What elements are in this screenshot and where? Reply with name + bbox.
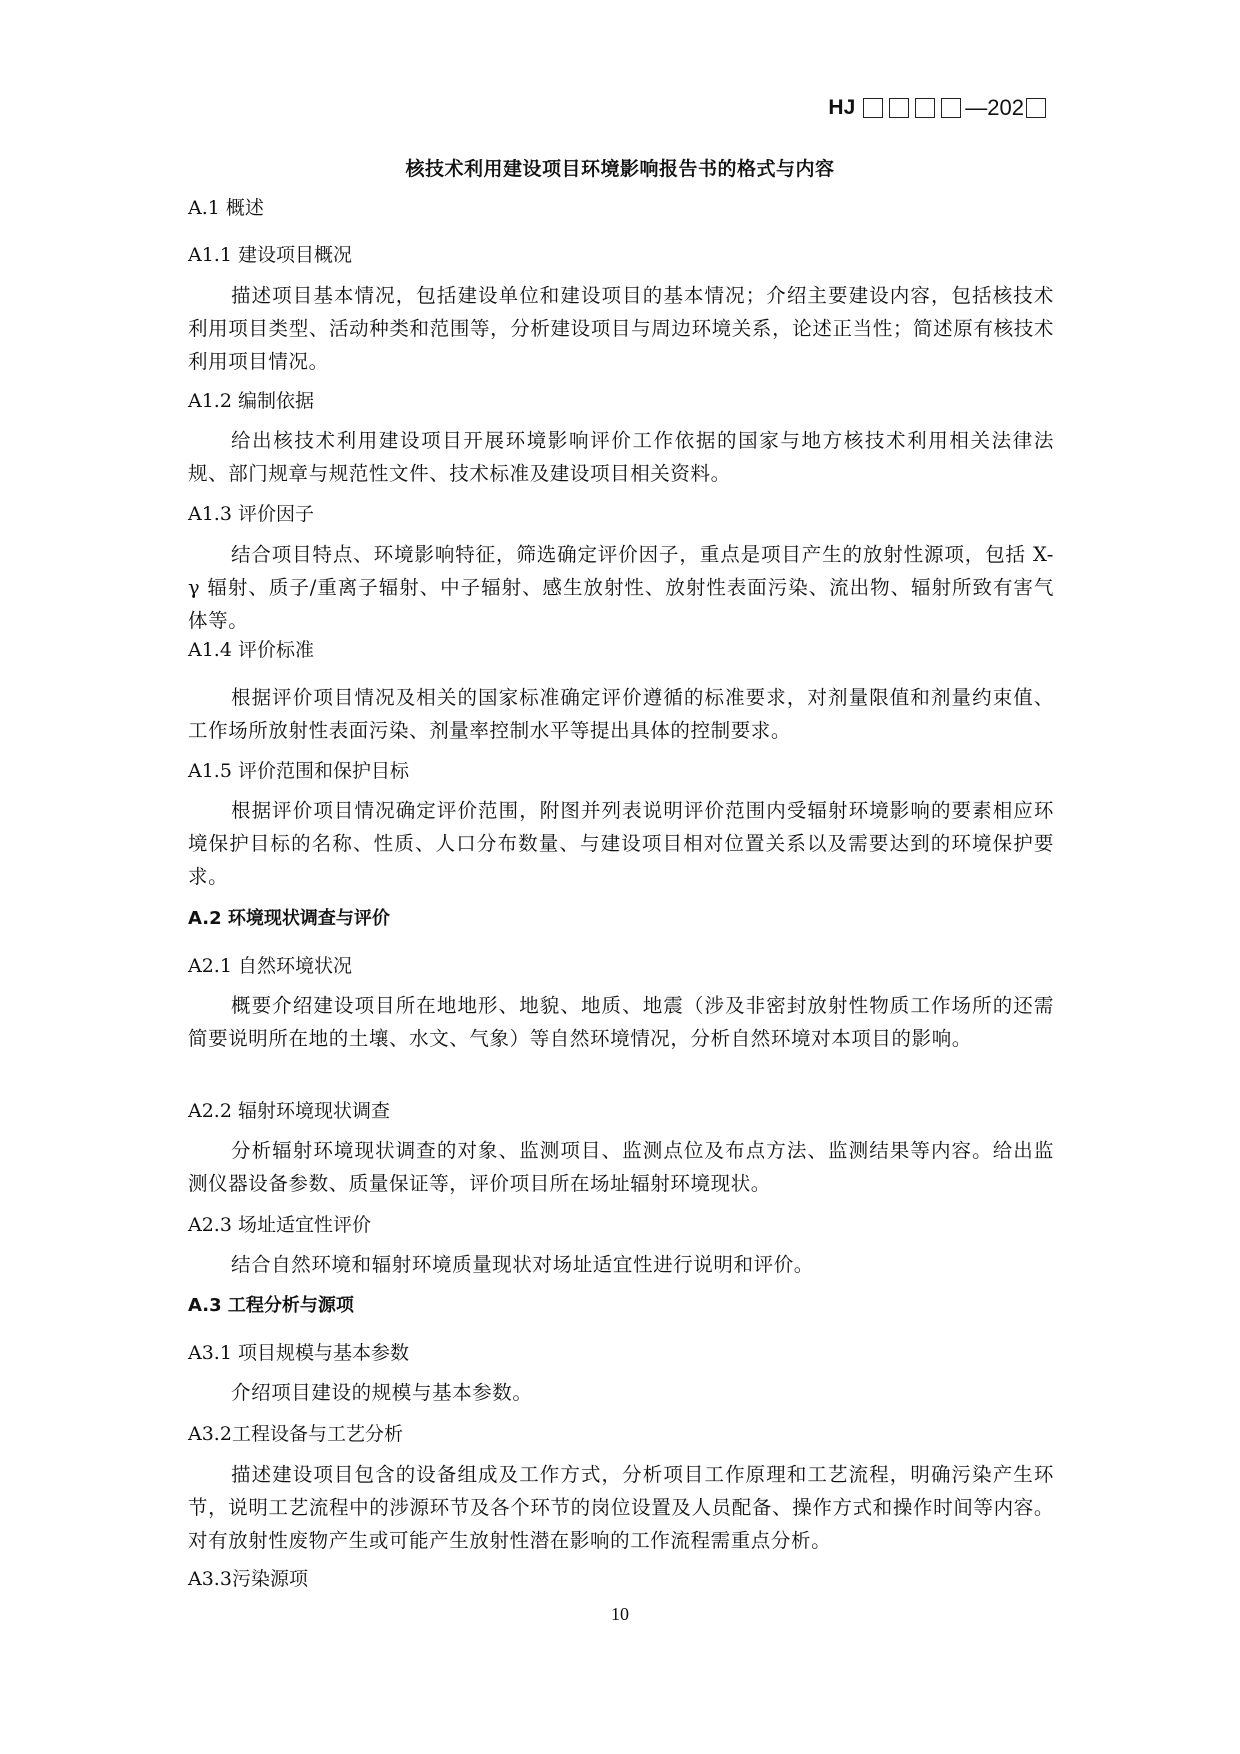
- paragraph-a1-4: 根据评价项目情况及相关的国家标准确定评价遵循的标准要求，对剂量限值和剂量约束值、…: [188, 681, 1054, 747]
- paragraph-a2-3: 结合自然环境和辐射环境质量现状对场址适宜性进行说明和评价。: [188, 1248, 1054, 1281]
- document-title: 核技术利用建设项目环境影响报告书的格式与内容: [0, 155, 1240, 183]
- paragraph-a1-3: 结合项目特点、环境影响特征，筛选确定评价因子，重点是项目产生的放射性源项，包括 …: [188, 538, 1054, 637]
- section-heading-a2: A.2 环境现状调查与评价: [188, 905, 1054, 933]
- subsection-heading-a1-5: A1.5 评价范围和保护目标: [188, 757, 1054, 785]
- standard-prefix: HJ: [828, 94, 855, 122]
- subsection-heading-a1-3: A1.3 评价因子: [188, 500, 1054, 528]
- placeholder-box: [941, 98, 961, 118]
- paragraph-a1-2: 给出核技术利用建设项目开展环境影响评价工作依据的国家与地方核技术利用相关法律法规…: [188, 424, 1054, 490]
- subsection-heading-a2-3: A2.3 场址适宜性评价: [188, 1211, 1054, 1239]
- paragraph-a2-1: 概要介绍建设项目所在地地形、地貌、地质、地震（涉及非密封放射性物质工作场所的还需…: [188, 989, 1054, 1055]
- placeholder-box: [1026, 98, 1046, 118]
- section-heading-a3: A.3 工程分析与源项: [188, 1292, 1054, 1320]
- paragraph-a1-1: 描述项目基本情况，包括建设单位和建设项目的基本情况；介绍主要建设内容，包括核技术…: [188, 279, 1054, 378]
- page-number: 10: [0, 1604, 1240, 1625]
- paragraph-a3-2: 描述建设项目包含的设备组成及工作方式，分析项目工作原理和工艺流程，明确污染产生环…: [188, 1458, 1054, 1557]
- paragraph-a1-5: 根据评价项目情况确定评价范围，附图并列表说明评价范围内受辐射环境影响的要素相应环…: [188, 794, 1054, 893]
- subsection-heading-a3-3: A3.3污染源项: [188, 1565, 1054, 1593]
- subsection-heading-a1-4: A1.4 评价标准: [188, 636, 1054, 664]
- placeholder-box: [863, 98, 883, 118]
- section-heading-a1: A.1 概述: [188, 194, 1054, 222]
- placeholder-box: [915, 98, 935, 118]
- placeholder-box: [889, 98, 909, 118]
- paragraph-a3-1: 介绍项目建设的规模与基本参数。: [188, 1376, 1054, 1409]
- paragraph-a2-2: 分析辐射环境现状调查的对象、监测项目、监测点位及布点方法、监测结果等内容。给出监…: [188, 1134, 1054, 1200]
- year-prefix: 202: [987, 94, 1024, 122]
- subsection-heading-a3-2: A3.2工程设备与工艺分析: [188, 1420, 1054, 1448]
- subsection-heading-a3-1: A3.1 项目规模与基本参数: [188, 1339, 1054, 1367]
- standard-code-header: HJ — 202: [828, 94, 1052, 122]
- subsection-heading-a2-2: A2.2 辐射环境现状调查: [188, 1097, 1054, 1125]
- subsection-heading-a2-1: A2.1 自然环境状况: [188, 952, 1054, 980]
- code-separator: —: [965, 94, 987, 122]
- subsection-heading-a1-1: A1.1 建设项目概况: [188, 241, 1054, 269]
- subsection-heading-a1-2: A1.2 编制依据: [188, 387, 1054, 415]
